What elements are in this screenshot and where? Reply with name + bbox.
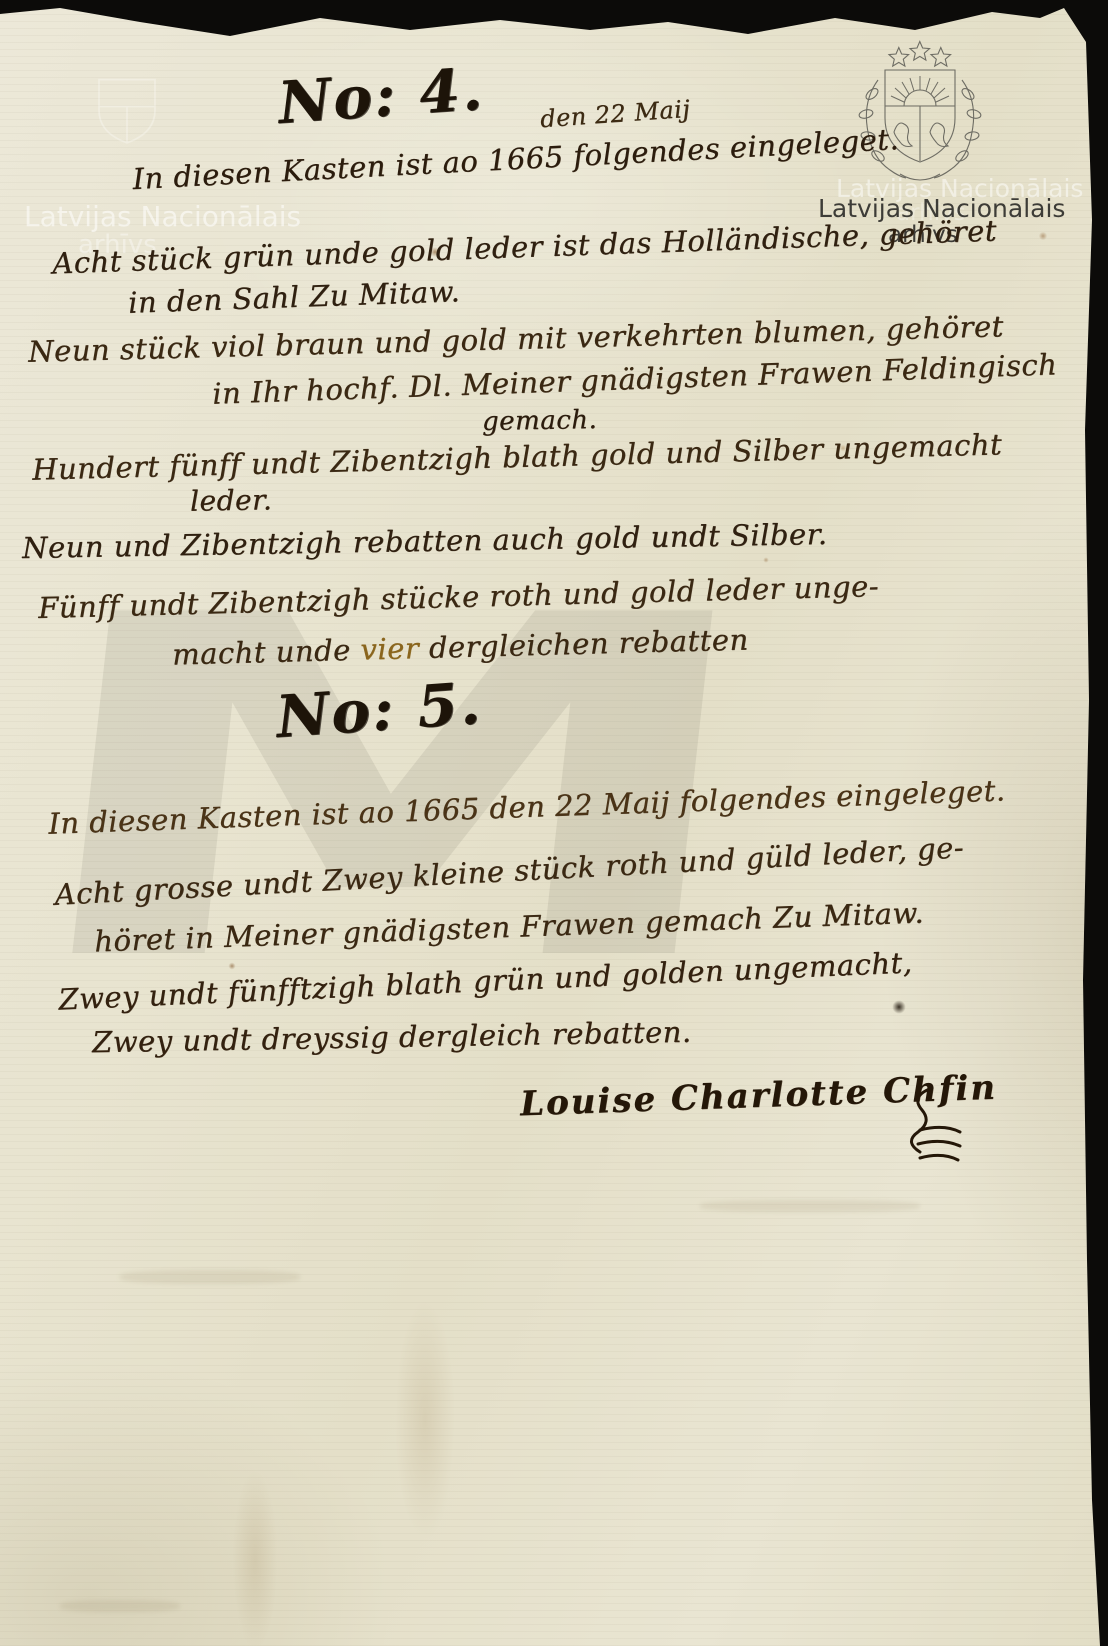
manuscript-line: leder. [190,483,273,517]
verso-showthrough [60,1600,180,1612]
section-heading-no5: No: 5. [274,669,484,751]
archive-shield-watermark-left [86,74,168,158]
overwritten-word: vier [360,631,420,667]
archive-coat-of-arms [838,40,1002,190]
archive-name-watermark-left-line1: Latvijas Nacionālais [24,200,301,233]
section-heading-no4: No: 4. [276,55,486,137]
line-part: macht unde [172,633,361,672]
signature-flourish [896,1082,966,1172]
manuscript-line: gemach. [482,405,598,437]
verso-showthrough [700,1200,920,1212]
scanned-archive-page: { "archive": { "name_line1": "Latvijas N… [0,0,1108,1646]
verso-showthrough [120,1270,300,1284]
